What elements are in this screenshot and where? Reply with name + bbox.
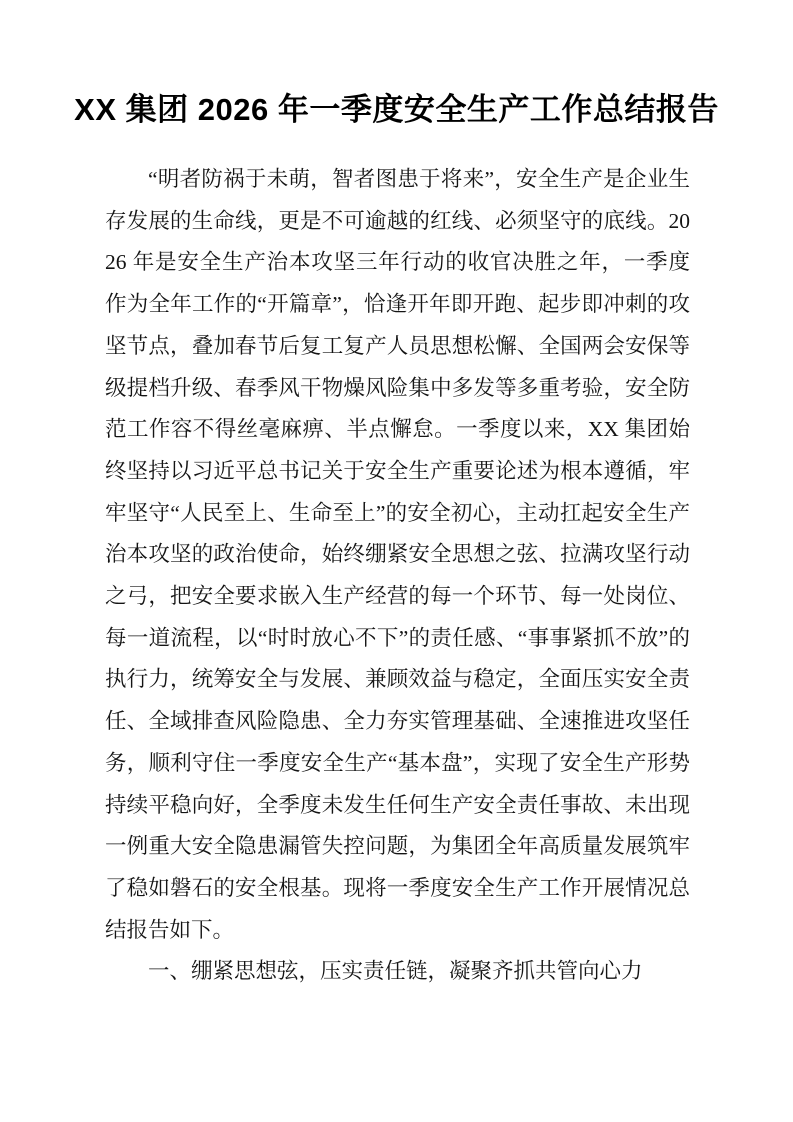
document-page: XX 集团 2026 年一季度安全生产工作总结报告 “明者防祸于未萌，智者图患于… [0,0,793,1122]
document-title: XX 集团 2026 年一季度安全生产工作总结报告 [0,0,793,132]
document-body: “明者防祸于未萌，智者图患于将来”，安全生产是企业生存发展的生命线，更是不可逾越… [105,159,690,993]
section-heading-1: 一、绷紧思想弦，压实责任链，凝聚齐抓共管向心力 [105,951,690,993]
intro-paragraph: “明者防祸于未萌，智者图患于将来”，安全生产是企业生存发展的生命线，更是不可逾越… [105,159,690,951]
